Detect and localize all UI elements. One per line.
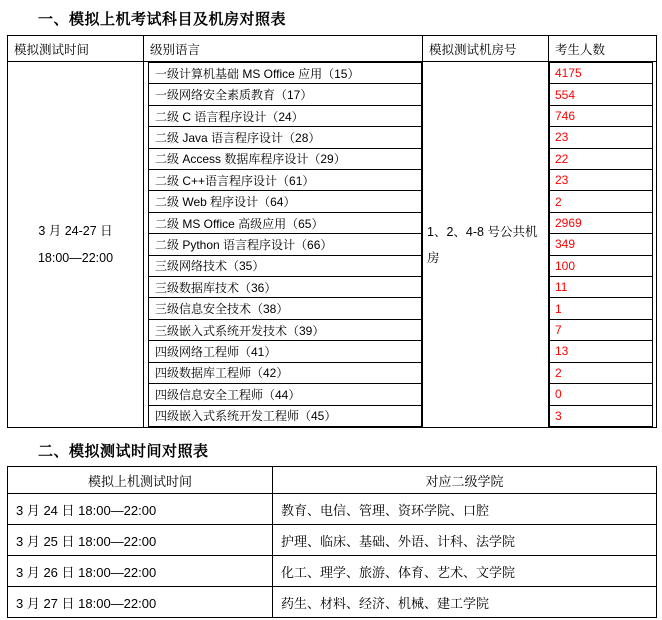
subject-cell: 一级网络安全素质教育（17） (148, 83, 422, 105)
subject-cell: 一级计算机基础 MS Office 应用（15） (148, 62, 422, 84)
subject-cell: 二级 C++语言程序设计（61） (148, 169, 422, 191)
candidate-count-cell: 13 (549, 340, 653, 362)
subject-cell: 二级 Python 语言程序设计（66） (148, 233, 422, 255)
candidate-count-cell: 2 (549, 362, 653, 384)
candidate-count-cell: 7 (549, 319, 653, 341)
schedule-time-cell: 3 月 27 日 18:00—22:00 (8, 587, 273, 618)
header-test-time: 模拟测试时间 (8, 36, 144, 62)
exam-table-header-row: 模拟测试时间 级别语言 模拟测试机房号 考生人数 (8, 36, 657, 62)
room-cell: 1、2、4-8 号公共机房 (423, 62, 549, 428)
candidate-count-cell: 1 (549, 297, 653, 319)
schedule-time-cell: 3 月 26 日 18:00—22:00 (8, 556, 273, 587)
subject-cell: 二级 Web 程序设计（64） (148, 190, 422, 212)
exam-room-table: 模拟测试时间 级别语言 模拟测试机房号 考生人数 3 月 24-27 日 18:… (7, 35, 657, 428)
schedule-table: 模拟上机测试时间 对应二级学院 3 月 24 日 18:00—22:00教育、电… (7, 466, 657, 618)
candidate-count-cell: 23 (549, 169, 653, 191)
subject-cell: 二级 Java 语言程序设计（28） (148, 126, 422, 148)
header-college: 对应二级学院 (273, 467, 657, 494)
count-list: 417555474623222322969349100111713203 (549, 62, 656, 427)
header-candidate-count: 考生人数 (549, 36, 657, 62)
candidate-count-cell: 554 (549, 83, 653, 105)
candidate-count-cell: 2969 (549, 212, 653, 234)
subject-list: 一级计算机基础 MS Office 应用（15）一级网络安全素质教育（17）二级… (144, 62, 422, 427)
section1-title: 一、模拟上机考试科目及机房对照表 (38, 8, 662, 29)
candidate-count-cell: 11 (549, 276, 653, 298)
schedule-row: 3 月 26 日 18:00—22:00化工、理学、旅游、体育、艺术、文学院 (8, 556, 657, 587)
test-time-cell: 3 月 24-27 日 18:00—22:00 (8, 62, 144, 428)
subject-cell: 二级 C 语言程序设计（24） (148, 105, 422, 127)
schedule-header-row: 模拟上机测试时间 对应二级学院 (8, 467, 657, 494)
candidate-count-cell: 746 (549, 105, 653, 127)
subject-cell: 四级嵌入式系统开发工程师（45） (148, 405, 422, 427)
schedule-body: 3 月 24 日 18:00—22:00教育、电信、管理、资环学院、口腔3 月 … (8, 494, 657, 618)
header-schedule-time: 模拟上机测试时间 (8, 467, 273, 494)
candidate-count-cell: 22 (549, 148, 653, 170)
college-list-cell: 护理、临床、基础、外语、计科、法学院 (273, 525, 657, 556)
candidate-count-cell: 3 (549, 405, 653, 427)
subject-cell: 三级信息安全技术（38） (148, 297, 422, 319)
document-page: { "page": { "background": "#ffffff", "bo… (0, 8, 662, 620)
schedule-row: 3 月 27 日 18:00—22:00药生、材料、经济、机械、建工学院 (8, 587, 657, 618)
header-room-number: 模拟测试机房号 (423, 36, 549, 62)
subject-cell: 三级网络技术（35） (148, 255, 422, 277)
subject-cell: 三级数据库技术（36） (148, 276, 422, 298)
schedule-time-cell: 3 月 25 日 18:00—22:00 (8, 525, 273, 556)
candidate-count-cell: 0 (549, 383, 653, 405)
schedule-time-cell: 3 月 24 日 18:00—22:00 (8, 494, 273, 525)
subjects-cell: 一级计算机基础 MS Office 应用（15）一级网络安全素质教育（17）二级… (144, 62, 423, 428)
subject-cell: 四级信息安全工程师（44） (148, 383, 422, 405)
candidate-count-cell: 23 (549, 126, 653, 148)
test-hours: 18:00—22:00 (8, 245, 143, 272)
exam-table-body-row: 3 月 24-27 日 18:00—22:00 一级计算机基础 MS Offic… (8, 62, 657, 428)
subject-cell: 三级嵌入式系统开发技术（39） (148, 319, 422, 341)
schedule-row: 3 月 25 日 18:00—22:00护理、临床、基础、外语、计科、法学院 (8, 525, 657, 556)
subject-cell: 二级 Access 数据库程序设计（29） (148, 148, 422, 170)
counts-cell: 417555474623222322969349100111713203 (549, 62, 657, 428)
candidate-count-cell: 100 (549, 255, 653, 277)
candidate-count-cell: 4175 (549, 62, 653, 84)
candidate-count-cell: 2 (549, 190, 653, 212)
college-list-cell: 化工、理学、旅游、体育、艺术、文学院 (273, 556, 657, 587)
header-level-language: 级别语言 (144, 36, 423, 62)
college-list-cell: 药生、材料、经济、机械、建工学院 (273, 587, 657, 618)
test-date: 3 月 24-27 日 (8, 218, 143, 245)
section2-title: 二、模拟测试时间对照表 (38, 440, 662, 461)
candidate-count-cell: 349 (549, 233, 653, 255)
subject-cell: 四级数据库工程师（42） (148, 362, 422, 384)
schedule-row: 3 月 24 日 18:00—22:00教育、电信、管理、资环学院、口腔 (8, 494, 657, 525)
subject-cell: 四级网络工程师（41） (148, 340, 422, 362)
subject-cell: 二级 MS Office 高级应用（65） (148, 212, 422, 234)
college-list-cell: 教育、电信、管理、资环学院、口腔 (273, 494, 657, 525)
